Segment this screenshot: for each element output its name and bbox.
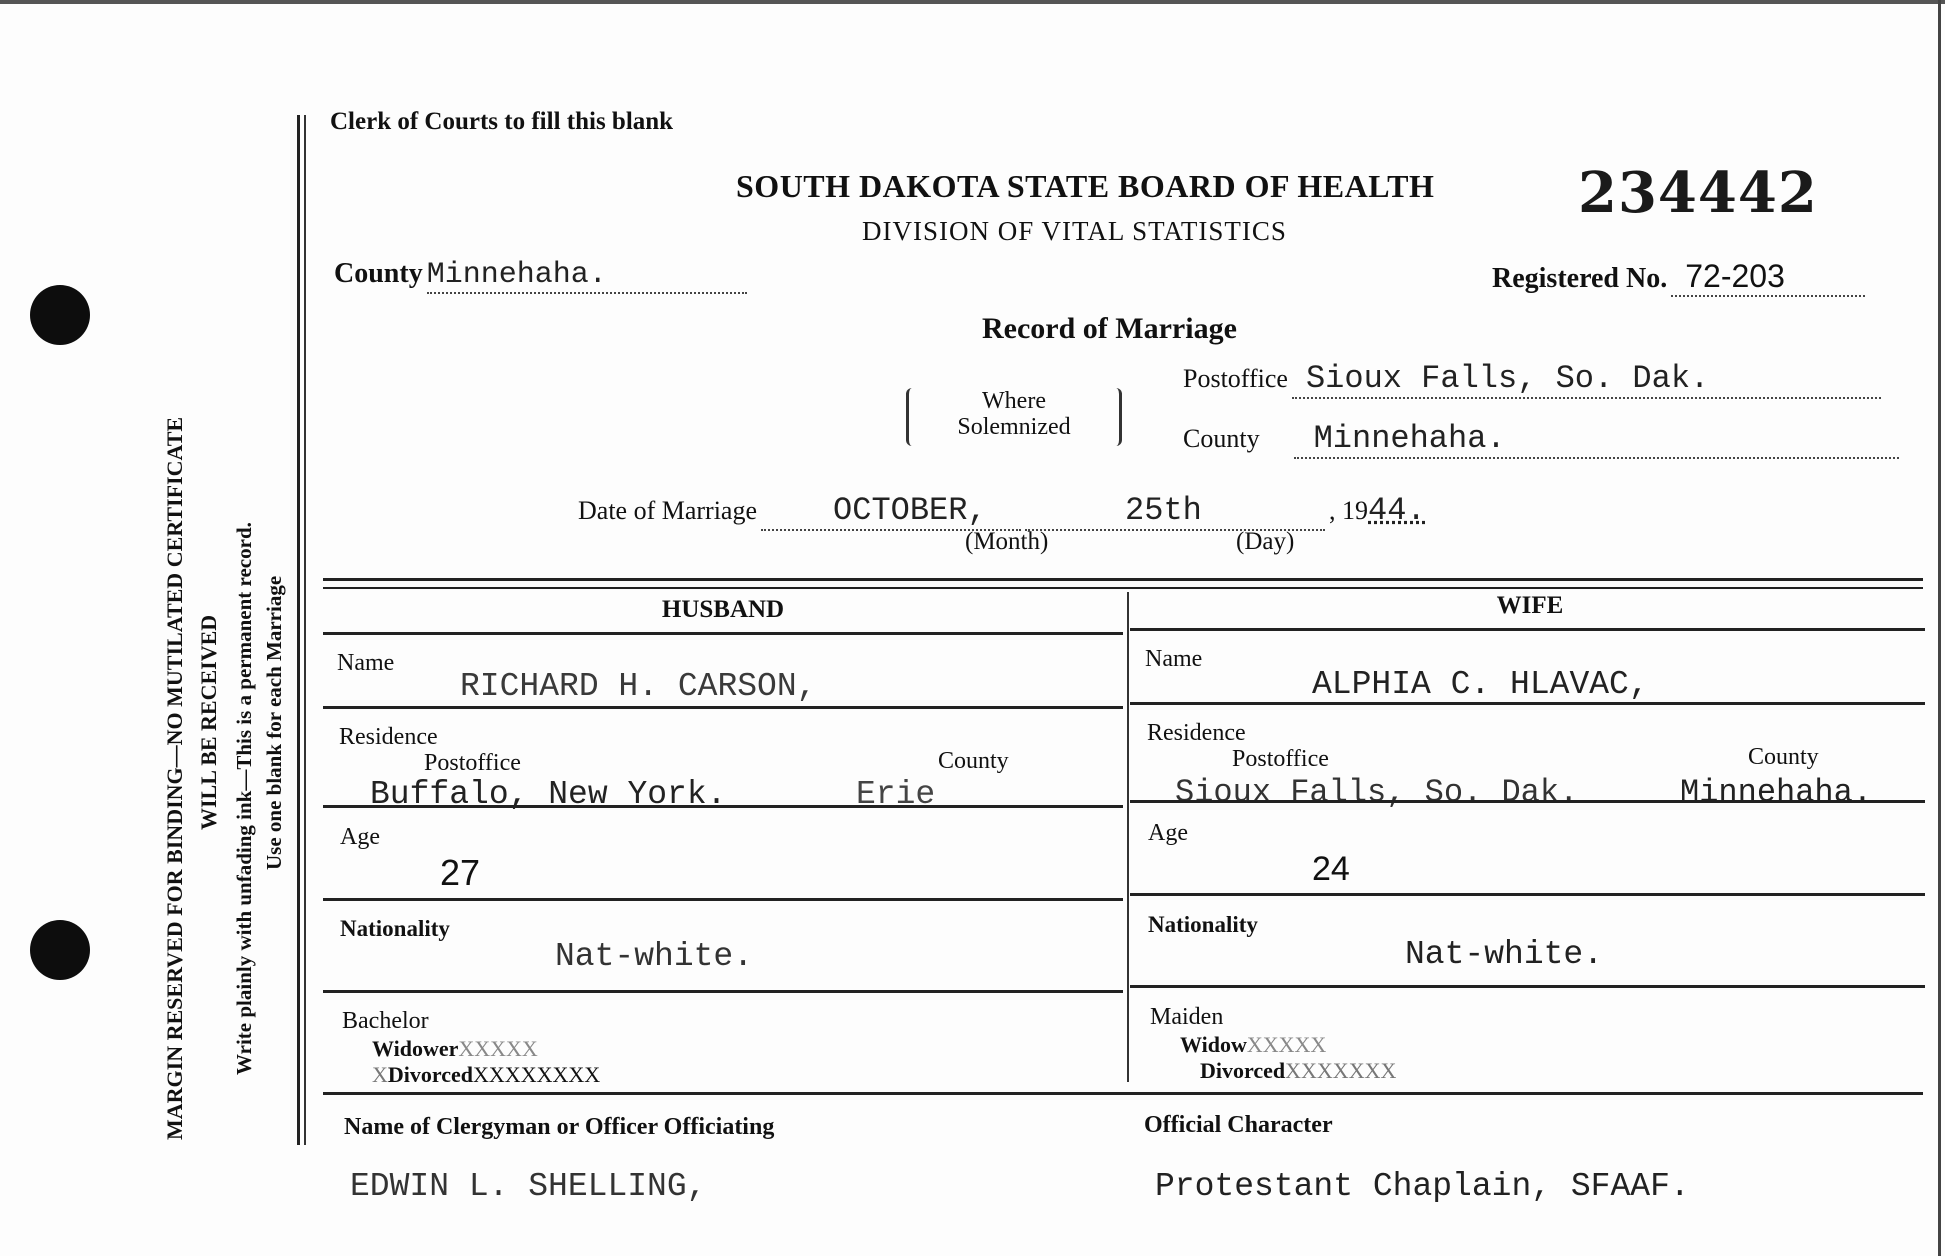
wife-name-label: Name — [1145, 646, 1202, 673]
table-top-rule-2 — [323, 587, 1923, 589]
husband-widower-overstrike: XXXXX — [458, 1036, 537, 1061]
wife-nationality-label: Nationality — [1148, 912, 1258, 938]
solemnized-county-value: Minnehaha. — [1294, 420, 1899, 459]
officiant-name: EDWIN L. SHELLING, — [350, 1168, 706, 1205]
record-title: Record of Marriage — [982, 312, 1237, 346]
wife-widow-text: Widow — [1180, 1032, 1247, 1057]
binding-rule — [297, 115, 300, 1145]
margin-instruction-3: Write plainly with unfading ink—This is … — [232, 522, 257, 1075]
husband-status-widower: WidowerXXXXX — [372, 1036, 538, 1062]
husband-nationality-label: Nationality — [340, 916, 450, 942]
day-caption: (Day) — [1236, 528, 1294, 556]
official-character: Protestant Chaplain, SFAAF. — [1155, 1168, 1690, 1205]
status-rule — [323, 1092, 1923, 1095]
wife-age: 24 — [1312, 850, 1350, 889]
binder-hole-bottom — [30, 920, 90, 980]
county-label: County — [334, 258, 423, 289]
husband-divorced-overstrike: XXXXXXXX — [473, 1062, 600, 1087]
solemnized-label: Solemnized — [909, 414, 1119, 440]
wife-name-rule — [1130, 702, 1925, 705]
husband-age-label: Age — [340, 824, 380, 851]
date-label: Date of Marriage — [578, 496, 757, 525]
husband-age: 27 — [440, 852, 480, 894]
wife-divorced-overstrike: XXXXXXX — [1285, 1058, 1396, 1083]
wife-age-label: Age — [1148, 820, 1188, 847]
table-top-rule-1 — [323, 578, 1923, 581]
official-character-label: Official Character — [1144, 1112, 1333, 1139]
margin-instruction-4: Use one blank for each Marriage — [262, 576, 287, 870]
certificate-number: 234442 — [1578, 160, 1818, 226]
binding-rule-inner — [304, 115, 306, 1145]
solemnized-postoffice-field: Postoffice Sioux Falls, So. Dak. — [1183, 360, 1923, 399]
husband-nationality: Nat-white. — [555, 938, 753, 975]
wife-age-rule — [1130, 893, 1925, 896]
husband-widower-text: Widower — [372, 1036, 458, 1061]
registered-number-field: Registered No. 72-203 — [1492, 258, 1922, 298]
wife-county: Minnehaha. — [1680, 774, 1872, 811]
right-border — [1938, 0, 1941, 1256]
officiant-name-label: Name of Clergyman or Officer Officiating — [344, 1114, 774, 1141]
wife-heading: WIFE — [1130, 592, 1930, 620]
husband-name-rule — [323, 706, 1123, 709]
date-year-prefix: , 19 — [1329, 496, 1368, 525]
husband-residence-rule — [323, 805, 1123, 808]
column-divider — [1127, 592, 1129, 1082]
husband-heading-rule — [323, 632, 1123, 635]
wife-widow-overstrike: XXXXX — [1247, 1032, 1326, 1057]
wife-county-label: County — [1748, 744, 1819, 771]
husband-name-label: Name — [337, 650, 394, 677]
margin-instruction-2: WILL BE RECEIVED — [196, 615, 222, 830]
date-of-marriage-field: Date of Marriage OCTOBER, 25th , 1944. — [578, 492, 1678, 532]
husband-divorced-text: Divorced — [388, 1062, 473, 1087]
wife-nationality-rule — [1130, 985, 1925, 988]
county-field: County Minnehaha. — [334, 258, 770, 298]
date-day: 25th — [1025, 492, 1325, 531]
date-month: OCTOBER, — [761, 492, 1021, 531]
wife-nationality: Nat-white. — [1405, 936, 1603, 973]
month-caption: (Month) — [965, 528, 1048, 556]
husband-age-rule — [323, 898, 1123, 901]
solemnized-postoffice-label: Postoffice — [1183, 364, 1288, 393]
wife-status-label: Maiden — [1150, 1004, 1223, 1031]
solemnized-county-field: County Minnehaha. — [1183, 420, 1923, 459]
date-year: 44. — [1368, 492, 1426, 529]
binder-hole-top — [30, 285, 90, 345]
husband-residence-label: Residence — [339, 724, 438, 751]
husband-status-divorced: XDivorcedXXXXXXXX — [372, 1062, 600, 1088]
wife-postoffice-label: Postoffice — [1232, 746, 1329, 773]
husband-status-label: Bachelor — [342, 1008, 429, 1035]
where-label: Where — [909, 388, 1119, 414]
wife-status-divorced: DivorcedXXXXXXX — [1200, 1058, 1396, 1084]
wife-name: ALPHIA C. HLAVAC, — [1312, 666, 1649, 703]
wife-divorced-text: Divorced — [1200, 1058, 1285, 1083]
wife-status-widow: WidowXXXXX — [1180, 1032, 1326, 1058]
county-value: Minnehaha. — [427, 258, 747, 294]
registered-value: 72-203 — [1671, 258, 1865, 297]
husband-postoffice-label: Postoffice — [424, 750, 521, 777]
board-title: SOUTH DAKOTA STATE BOARD OF HEALTH — [736, 168, 1434, 205]
solemnized-postoffice-value: Sioux Falls, So. Dak. — [1292, 360, 1881, 399]
husband-nationality-rule — [323, 990, 1123, 993]
wife-heading-rule — [1130, 628, 1925, 631]
registered-label: Registered No. — [1492, 263, 1667, 294]
margin-instruction-1: MARGIN RESERVED FOR BINDING—NO MUTILATED… — [162, 417, 188, 1140]
where-solemnized-bracket: Where Solemnized — [906, 388, 1122, 446]
husband-heading: HUSBAND — [323, 596, 1123, 624]
clerk-note: Clerk of Courts to fill this blank — [330, 108, 673, 136]
solemnized-county-label: County — [1183, 424, 1260, 453]
husband-name: RICHARD H. CARSON, — [460, 668, 816, 705]
division-title: DIVISION OF VITAL STATISTICS — [862, 216, 1287, 247]
top-border — [0, 0, 1945, 4]
husband-county-label: County — [938, 748, 1009, 775]
wife-postoffice: Sioux Falls, So. Dak. — [1175, 774, 1578, 811]
wife-residence-rule — [1130, 800, 1925, 803]
wife-residence-label: Residence — [1147, 720, 1246, 747]
